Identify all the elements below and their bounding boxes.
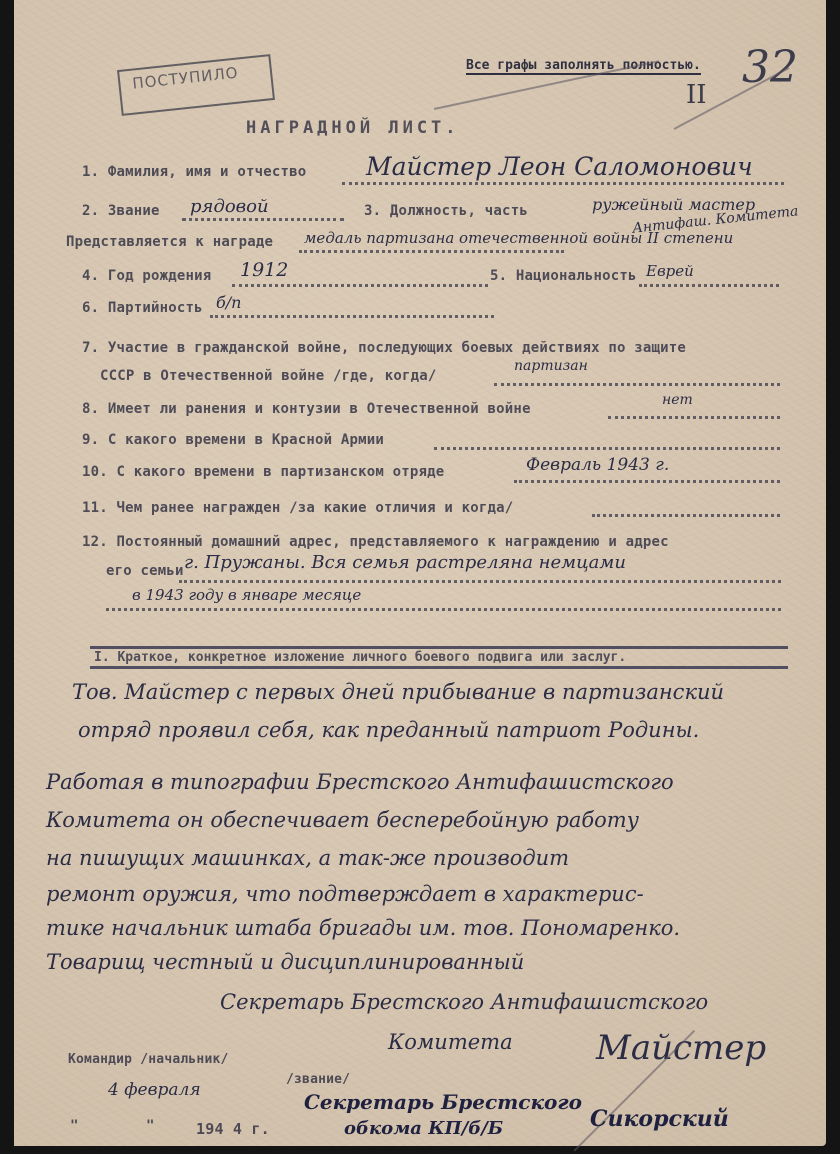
field-2-label: 2. Звание <box>82 203 160 219</box>
field-5-value: Еврей <box>646 262 694 280</box>
field-12-dots-line3 <box>106 608 781 611</box>
field-4-value: 1912 <box>240 259 288 281</box>
field-2-dots <box>182 218 344 221</box>
field-12-label-line2: его семьи <box>106 563 184 579</box>
narrative-line: Тов. Майстер с первых дней прибывание в … <box>72 680 724 704</box>
field-8-label: 8. Имеет ли ранения и контузии в Отечест… <box>82 401 531 417</box>
field-1-label: 1. Фамилия, имя и отчество <box>82 164 306 180</box>
fill-all-fields-note: Все графы заполнять полностью. <box>466 58 701 75</box>
field-6-label: 6. Партийность <box>82 300 203 316</box>
field-11-label: 11. Чем ранее награжден /за какие отличи… <box>82 500 513 516</box>
rank-value-line1: Секретарь Брестского <box>304 1090 582 1114</box>
signer-title-line1: Секретарь Брестского Антифашистского <box>220 990 708 1014</box>
field-1-value: Майстер Леон Саломонович <box>366 152 753 181</box>
field-7-label-line2: СССР в Отечественной войне /где, когда/ <box>100 368 437 384</box>
date-day: 4 февраля <box>108 1080 201 1100</box>
narrative-line: Товарищ честный и дисциплинированный <box>46 950 524 974</box>
field-2-value: рядовой <box>190 196 269 217</box>
narrative-line: ремонт оружия, что подтверждает в характ… <box>46 882 644 906</box>
field-7-value: партизан <box>514 358 588 374</box>
narrative-line: Комитета он обеспечивает бесперебойную р… <box>46 808 639 832</box>
commander-label: Командир /начальник/ <box>68 1052 229 1067</box>
signature: Майстер <box>596 1028 766 1068</box>
second-signature: Сикорский <box>590 1106 729 1132</box>
roman-mark: II <box>686 80 707 110</box>
document-title: НАГРАДНОЙ ЛИСТ. <box>246 118 460 138</box>
award-label: Представляется к награде <box>66 234 273 250</box>
sheet-number: 32 <box>742 42 798 93</box>
narrative-line: отряд проявил себя, как преданный патрио… <box>78 718 699 742</box>
date-quote-open: " <box>70 1118 79 1134</box>
field-7-dots <box>494 383 780 386</box>
field-9-label: 9. С какого времени в Красной Армии <box>82 432 384 448</box>
field-10-value: Февраль 1943 г. <box>526 455 669 475</box>
field-3-label: 3. Должность, часть <box>364 203 528 219</box>
field-12-value: г. Пружаны. Вся семья растреляна немцами <box>184 552 626 573</box>
received-stamp-text: ПОСТУПИЛО <box>132 64 240 93</box>
field-12-value-line3: в 1943 году в январе месяце <box>132 586 361 604</box>
field-4-dots <box>232 284 488 287</box>
field-5-label: 5. Национальность <box>490 268 637 284</box>
award-dots <box>299 250 564 253</box>
section-heading: I. Краткое, конкретное изложение личного… <box>90 646 788 669</box>
field-9-dots <box>434 447 780 450</box>
date-quote-close: " <box>146 1118 155 1134</box>
field-4-label: 4. Год рождения <box>82 268 211 284</box>
field-8-value: нет <box>662 392 693 408</box>
narrative-line: Работая в типографии Брестского Антифаши… <box>46 770 674 794</box>
field-1-dots <box>342 182 784 185</box>
field-12-label: 12. Постоянный домашний адрес, представл… <box>82 534 669 550</box>
field-8-dots <box>608 416 780 419</box>
field-11-dots <box>592 514 780 517</box>
rank-label: /звание/ <box>286 1072 350 1087</box>
field-7-label: 7. Участие в гражданской войне, последую… <box>82 340 686 356</box>
field-10-label: 10. С какого времени в партизанском отря… <box>82 464 444 480</box>
field-10-dots <box>514 480 780 483</box>
award-value: медаль партизана отечественной войны II … <box>304 229 733 247</box>
date-year: 194 4 г. <box>196 1120 270 1138</box>
field-12-dots <box>179 580 781 583</box>
signer-title-line2: Комитета <box>388 1030 513 1054</box>
field-5-dots <box>639 284 779 287</box>
rank-value-line2: обкома КП/б/Б <box>344 1118 503 1139</box>
received-stamp: ПОСТУПИЛО <box>117 54 275 116</box>
field-6-value: б/п <box>216 293 241 312</box>
narrative-line: на пишущих машинках, а так-же производит <box>46 846 569 870</box>
narrative-line: тике начальник штаба бригады им. тов. По… <box>46 916 680 940</box>
field-6-dots <box>210 315 494 318</box>
award-sheet-paper: ПОСТУПИЛО Все графы заполнять полностью.… <box>14 0 826 1146</box>
